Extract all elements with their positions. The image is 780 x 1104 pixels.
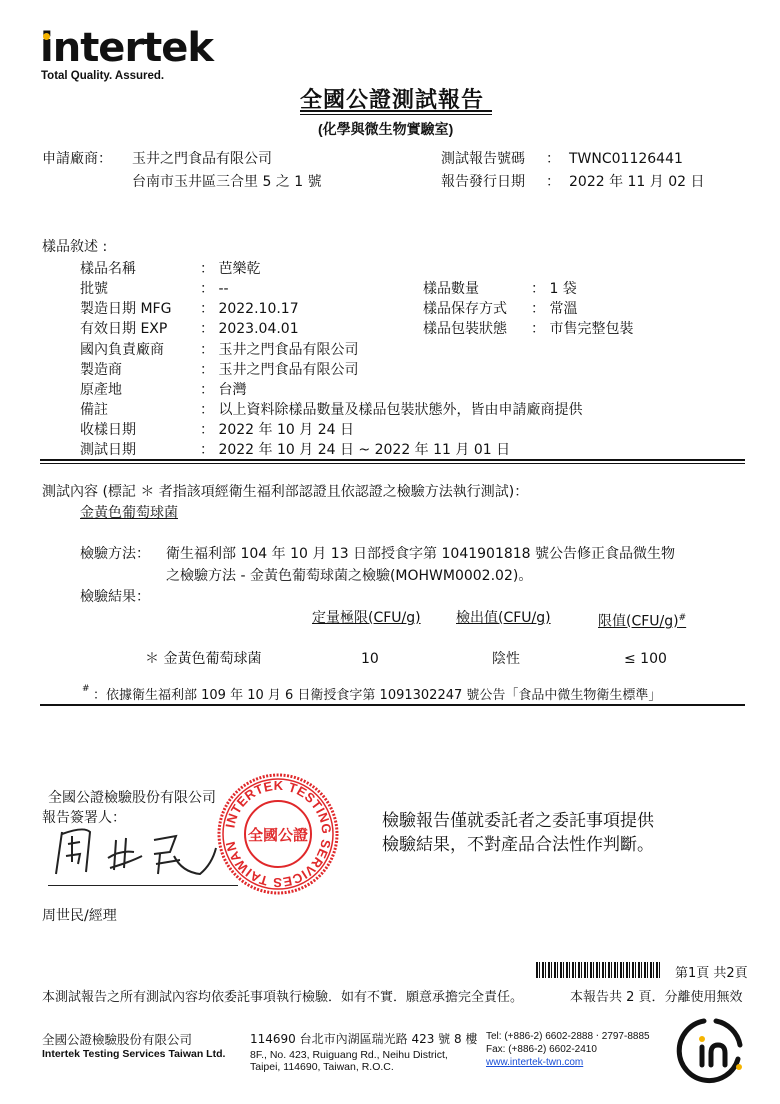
sample-row-value: ： 玉井之門食品有限公司 [200, 340, 358, 360]
result-label: 檢驗結果： [80, 587, 150, 607]
responsibility-statement: 本測試報告之所有測試內容均依委託事項執行檢驗．如有不實．願意承擔完全責任。 [42, 989, 523, 1007]
column-header-limit: 限值(CFU/g)# [598, 608, 686, 632]
footer-company-zh: 全國公證檢驗股份有限公司 [42, 1030, 192, 1048]
report-number-label: 測試報告號碼 [441, 149, 525, 169]
sample-section-label: 樣品敘述 : [42, 237, 107, 257]
applicant-label: 申請廠商： [42, 149, 112, 169]
sample-row-value: ： 芭樂乾 [200, 259, 260, 279]
issue-date-colon: ： [546, 172, 560, 192]
footnote-mark: # [82, 684, 90, 694]
table-row-detected: 陰性 [492, 649, 520, 669]
signing-company: 全國公證檢驗股份有限公司 [48, 788, 216, 808]
sample-row-value: ： 以上資料除樣品數量及樣品包裝狀態外，皆由申請廠商提供 [200, 400, 582, 420]
table-row-item: ＊ 金黃色葡萄球菌 [145, 649, 261, 669]
sample-row-label: 樣品包裝狀態 [423, 319, 507, 339]
seal-icon: INTERTEK TESTING SERVICES TAIWAN LTD. 全國… [216, 772, 340, 896]
sample-row-value: ： 2023.04.01 [200, 319, 299, 339]
footer-company-en: Intertek Testing Services Taiwan Ltd. [42, 1048, 225, 1060]
sample-row-label: 批號 [80, 279, 108, 299]
sample-row-label: 收樣日期 [80, 420, 136, 440]
sample-row-label: 製造商 [80, 360, 122, 380]
intertek-in-icon [676, 1015, 746, 1085]
barcode [536, 962, 662, 978]
sample-row-value: ： 1 袋 [531, 279, 577, 299]
footer-address-zh: 114690 台北市內湖區瑞光路 423 號 8 樓 [250, 1030, 477, 1047]
sample-row-label: 備註 [80, 400, 108, 420]
sample-row-value: ： 2022.10.17 [200, 299, 299, 319]
issue-date: 2022 年 11 月 02 日 [569, 172, 705, 192]
report-number-colon: ： [546, 149, 560, 169]
sample-row-value: ： 市售完整包裝 [531, 319, 633, 339]
sample-row-label: 有效日期 EXP [80, 319, 167, 339]
sample-row-value: ： 常溫 [531, 299, 577, 319]
sample-row-label: 樣品保存方式 [423, 299, 507, 319]
sample-row-label: 製造日期 MFG [80, 299, 171, 319]
sample-row-label: 樣品數量 [423, 279, 479, 299]
method-label: 檢驗方法： [80, 544, 150, 564]
method-line-2: 之檢驗方法 - 金黃色葡萄球菌之檢驗(MOHWM0002.02)。 [166, 566, 532, 586]
sample-row-label: 原產地 [80, 380, 122, 400]
disclaimer-line-1: 檢驗報告僅就委託者之委託事項提供 [382, 810, 654, 832]
test-content-label: 測試內容 (標記 ＊ 者指該項經衛生福利部認證且依認證之檢驗方法執行測試)： [42, 482, 528, 502]
title-underline [300, 110, 492, 112]
title-underline-2 [300, 114, 492, 115]
svg-text:全國公證: 全國公證 [248, 826, 308, 844]
test-item-title: 金黃色葡萄球菌 [80, 503, 178, 523]
results-divider [40, 704, 745, 706]
sample-row: 樣品名稱 [80, 259, 136, 279]
column-header-loq: 定量極限(CFU/g) [312, 608, 421, 628]
column-header-detected: 檢出值(CFU/g) [456, 608, 551, 628]
page-indicator: 第1頁 共2頁 [675, 965, 748, 983]
logo-wordmark: intertek [40, 28, 213, 68]
sample-row-value: ： 2022 年 10 月 24 日 ~ 2022 年 11 月 01 日 [200, 440, 510, 460]
section-divider [40, 459, 745, 461]
intertek-circle-logo [676, 1015, 746, 1085]
sample-row-label: 樣品名稱 [80, 261, 136, 277]
footer-address-en-2: Taipei, 114690, Taiwan, R.O.C. [250, 1060, 394, 1075]
sample-row-value: ： 玉井之門食品有限公司 [200, 360, 358, 380]
sample-row-value: ： -- [200, 279, 229, 299]
applicant-name: 玉井之門食品有限公司 [132, 149, 272, 169]
signature-icon [50, 822, 220, 882]
issue-date-label: 報告發行日期 [441, 172, 525, 192]
table-row-limit: ≤ 100 [624, 649, 667, 669]
sample-row-label: 測試日期 [80, 440, 136, 460]
report-subtitle: (化學與微生物實驗室) [318, 119, 453, 139]
signature-line [48, 885, 238, 886]
sample-row-value: ： 2022 年 10 月 24 日 [200, 420, 354, 440]
method-line-1: 衛生福利部 104 年 10 月 13 日部授食字第 1041901818 號公… [166, 544, 675, 564]
company-stamp: INTERTEK TESTING SERVICES TAIWAN LTD. 全國… [216, 772, 340, 896]
sample-row-label: 國內負責廠商 [80, 340, 164, 360]
report-number: TWNC01126441 [569, 149, 683, 169]
intertek-logo: intertek [40, 28, 213, 68]
handwritten-signature [50, 822, 220, 886]
applicant-address: 台南市玉井區三合里 5 之 1 號 [132, 172, 322, 192]
footer-website-link[interactable]: www.intertek-twn.com [486, 1055, 583, 1070]
table-row-loq: 10 [361, 649, 379, 669]
signer-name: 周世民/經理 [42, 906, 117, 926]
footnote-text: ：依據衛生福利部 109 年 10 月 6 日衛授食字第 1091302247 … [93, 687, 661, 705]
disclaimer-line-2: 檢驗結果，不對產品合法性作判斷。 [382, 834, 654, 856]
pages-note: 本報告共 2 頁．分離使用無效 [570, 989, 743, 1007]
logo-dot-icon [43, 33, 50, 40]
section-divider-thin [40, 463, 745, 464]
logo-tagline: Total Quality. Assured. [41, 70, 164, 82]
sample-row-value: ： 台灣 [200, 380, 246, 400]
